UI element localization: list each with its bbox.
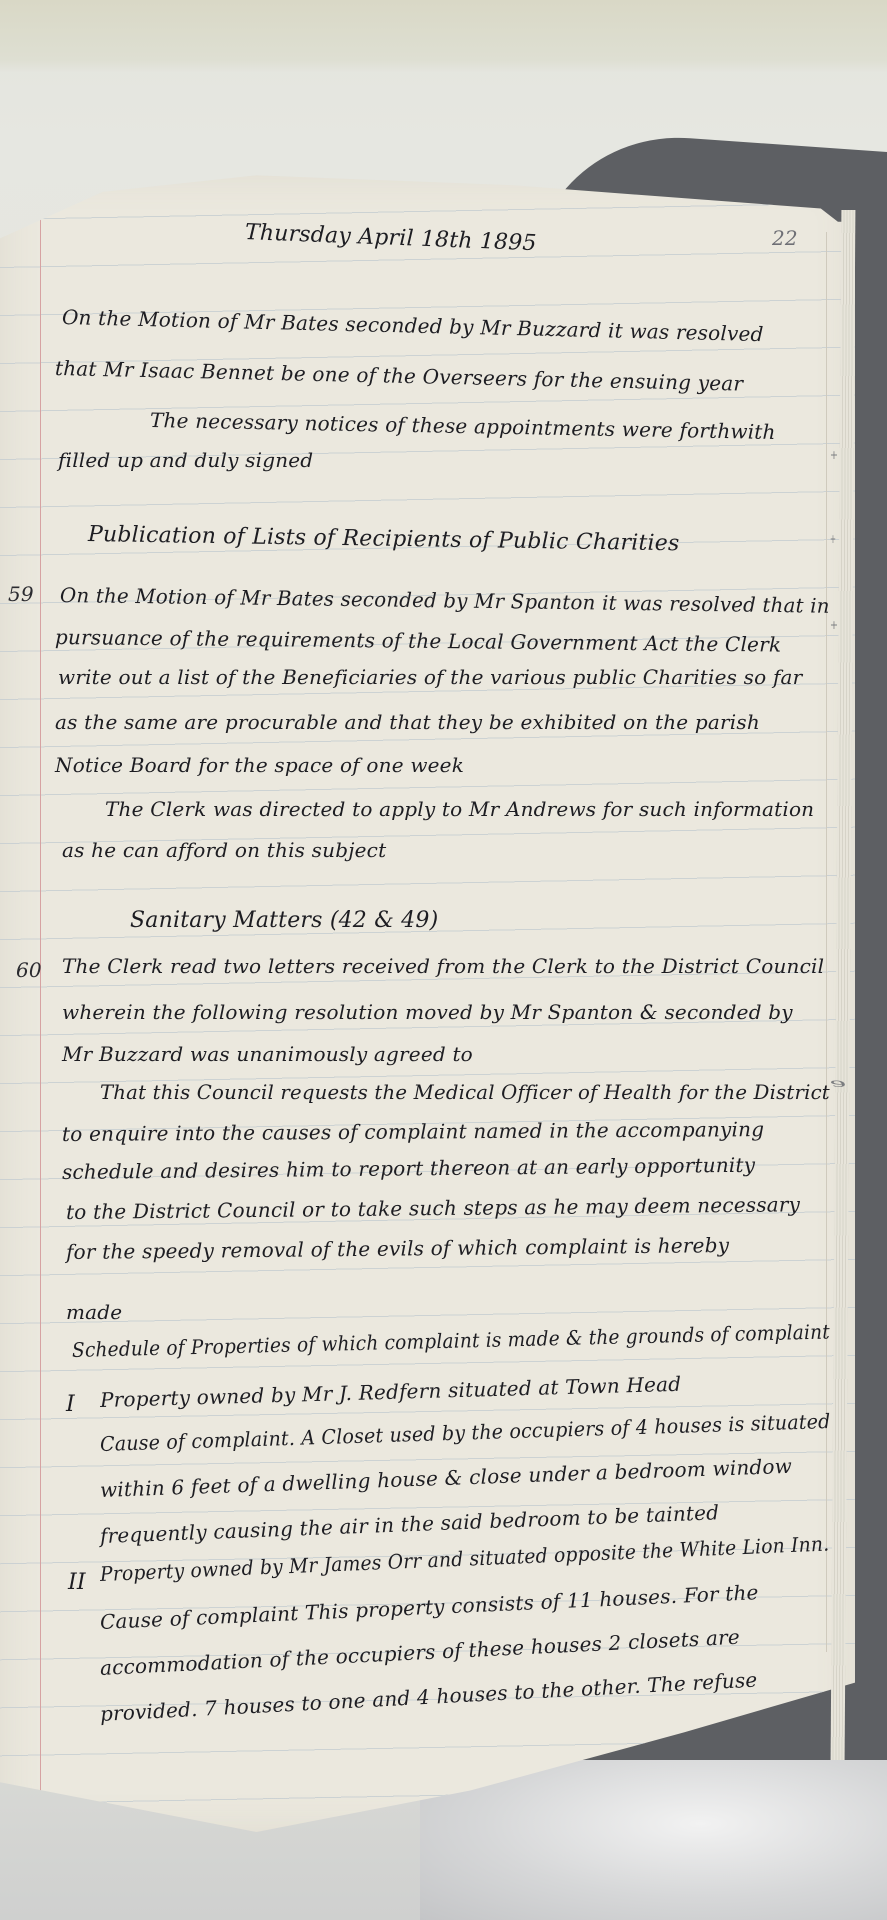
margin-mark: +: [830, 448, 838, 462]
text-line: as the same are procurable and that they…: [55, 710, 760, 734]
text-line: to enquire into the causes of complaint …: [62, 1117, 764, 1146]
text-line: made: [66, 1300, 122, 1324]
schedule-numeral: II: [68, 1570, 86, 1595]
margin-mark: e: [829, 1076, 846, 1090]
margin-mark: +: [830, 618, 838, 632]
minute-number: 59: [8, 582, 34, 606]
right-margin-rule: [826, 232, 827, 1652]
text-line: The Clerk read two letters received from…: [62, 954, 824, 978]
text-line: Notice Board for the space of one week: [55, 753, 464, 777]
text-line: wherein the following resolution moved b…: [62, 1000, 793, 1024]
page-number: 22: [772, 226, 798, 250]
text-line: Mr Buzzard was unanimously agreed to: [62, 1042, 473, 1066]
text-line: filled up and duly signed: [58, 448, 313, 472]
text-line: The Clerk was directed to apply to Mr An…: [105, 797, 814, 821]
margin-mark: +: [830, 532, 836, 546]
section-heading: Sanitary Matters (42 & 49): [130, 908, 438, 933]
text-line: as he can afford on this subject: [62, 838, 386, 862]
text-line: That this Council requests the Medical O…: [100, 1080, 830, 1104]
schedule-numeral: I: [66, 1392, 75, 1417]
background-wall: [0, 0, 887, 72]
red-margin-line: [40, 172, 41, 1832]
minute-number: 60: [16, 958, 42, 982]
text-line: write out a list of the Beneficiaries of…: [58, 665, 802, 689]
